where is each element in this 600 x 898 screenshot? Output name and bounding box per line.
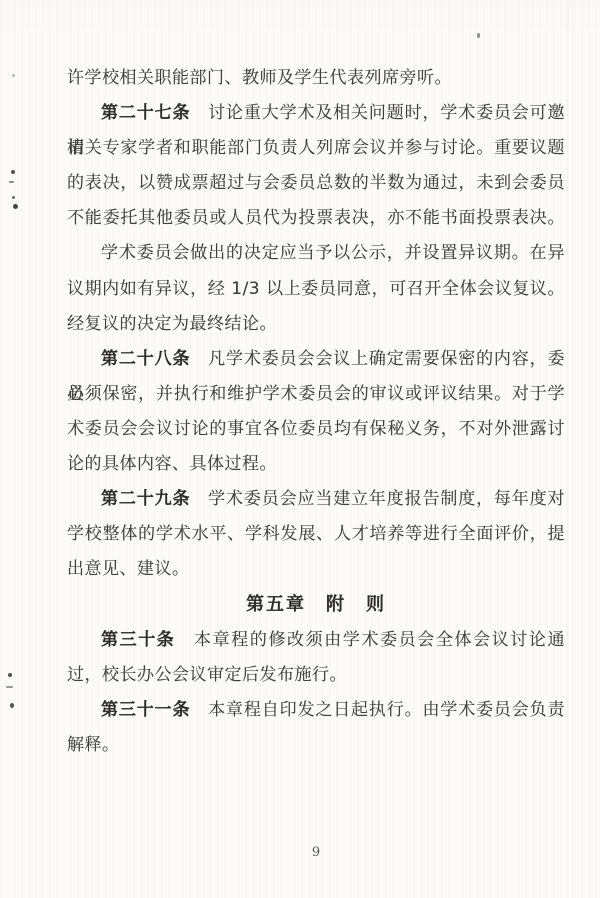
text-line: 许学校相关职能部门、教师及学生代表列席旁听。	[67, 61, 565, 96]
line-text: 过，校长办公会议审定后发布施行。	[67, 665, 347, 685]
text-line: 术委员会会议讨论的事宜各位委员均有保秘义务，不对外泄露讨	[67, 412, 565, 447]
article-number: 第三十条	[101, 630, 175, 650]
text-line: 议期内如有异议，经 1/3 以上委员同意，可召开全体会议复议。	[67, 272, 565, 307]
line-text: 不能委托其他委员或人员代为投票表决，亦不能书面投票表决。	[67, 208, 565, 228]
scan-speck	[11, 170, 15, 174]
line-text: 必须保密，并执行和维护学术委员会的审议或评议结果。对于学	[67, 384, 565, 404]
line-text: 经复议的决定为最终结论。	[67, 314, 277, 334]
scan-speck	[477, 33, 480, 38]
text-line: 论的具体内容、具体过程。	[67, 447, 565, 482]
line-text: 论的具体内容、具体过程。	[67, 454, 277, 474]
text-line: 不能委托其他委员或人员代为投票表决，亦不能书面投票表决。	[67, 201, 565, 236]
text-line: 第三十条 本章程的修改须由学术委员会全体会议讨论通	[67, 623, 565, 658]
scan-speck	[10, 703, 14, 708]
article-number: 第三十一条	[101, 700, 190, 720]
scan-speck	[13, 204, 18, 209]
chapter-heading: 第五章 附 则	[246, 594, 386, 615]
page-number: 9	[67, 845, 565, 860]
line-text: 术委员会会议讨论的事宜各位委员均有保秘义务，不对外泄露讨	[67, 419, 565, 439]
text-line: 经复议的决定为最终结论。	[67, 307, 565, 342]
line-text: 学校整体的学术水平、学科发展、人才培养等进行全面评价，提	[67, 524, 565, 544]
line-text: 解释。	[67, 735, 120, 755]
line-text: 本章程自印发之日起执行。由学术委员会负责	[190, 700, 565, 720]
document-body: 许学校相关职能部门、教师及学生代表列席旁听。 第二十七条 讨论重大学术及相关问题…	[67, 61, 565, 763]
text-line: 的表决，以赞成票超过与会委员总数的半数为通过，未到会委员	[67, 166, 565, 201]
text-line: 相关专家学者和职能部门负责人列席会议并参与讨论。重要议题	[67, 131, 565, 166]
article-number: 第二十九条	[101, 489, 190, 509]
scan-streak	[572, 0, 573, 898]
text-line: 第二十八条 凡学术委员会会议上确定需要保密的内容，委员	[67, 342, 565, 377]
line-text: 相关专家学者和职能部门负责人列席会议并参与讨论。重要议题	[67, 138, 565, 158]
line-text: 的表决，以赞成票超过与会委员总数的半数为通过，未到会委员	[67, 173, 565, 193]
line-text: 学术委员会做出的决定应当予以公示，并设置异议期。在异	[101, 243, 565, 263]
text-line: 学术委员会做出的决定应当予以公示，并设置异议期。在异	[67, 236, 565, 271]
scan-streak	[567, 0, 568, 898]
chapter-heading-line: 第五章 附 则	[67, 587, 565, 622]
text-line: 第三十一条 本章程自印发之日起执行。由学术委员会负责	[67, 693, 565, 728]
text-line: 出意见、建议。	[67, 552, 565, 587]
scanned-document-page: { "colors": { "ink": "#3d3d3d", "bold_in…	[0, 0, 600, 898]
scan-speck	[12, 74, 15, 77]
text-line: 解释。	[67, 728, 565, 763]
scan-speck	[8, 673, 12, 677]
article-number: 第二十七条	[101, 103, 190, 123]
line-text: 本章程的修改须由学术委员会全体会议讨论通	[175, 630, 565, 650]
text-line: 必须保密，并执行和维护学术委员会的审议或评议结果。对于学	[67, 377, 565, 412]
scan-speck	[12, 196, 15, 199]
scan-speck	[9, 181, 14, 183]
line-text: 许学校相关职能部门、教师及学生代表列席旁听。	[67, 68, 452, 88]
line-text: 学术委员会应当建立年度报告制度，每年度对	[190, 489, 565, 509]
text-line: 第二十七条 讨论重大学术及相关问题时，学术委员会可邀请	[67, 96, 565, 131]
text-line: 第二十九条 学术委员会应当建立年度报告制度，每年度对	[67, 482, 565, 517]
line-text: 出意见、建议。	[67, 559, 190, 579]
text-line: 学校整体的学术水平、学科发展、人才培养等进行全面评价，提	[67, 517, 565, 552]
text-line: 过，校长办公会议审定后发布施行。	[67, 658, 565, 693]
scan-speck	[6, 686, 13, 688]
article-number: 第二十八条	[101, 349, 190, 369]
line-text: 议期内如有异议，经 1/3 以上委员同意，可召开全体会议复议。	[67, 279, 565, 299]
